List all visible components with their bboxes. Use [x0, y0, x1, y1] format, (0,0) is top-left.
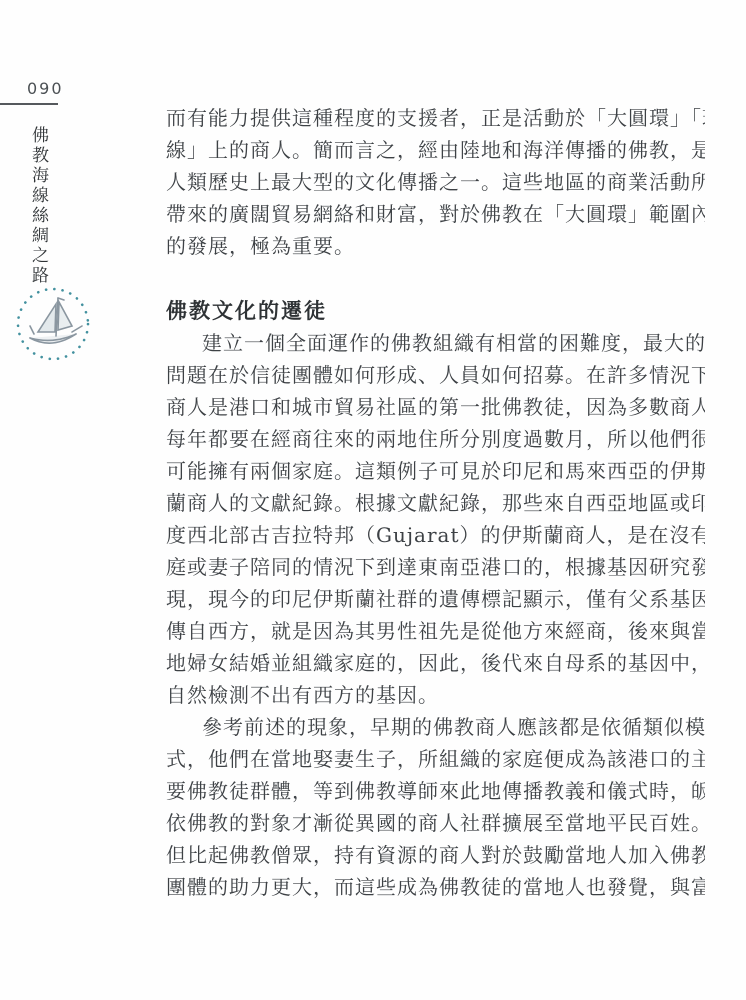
body-text-column: 而有能力提供這種程度的支援者，正是活動於「大圓環」「環 線」上的商人。簡而言之，…: [166, 102, 705, 903]
paragraph-line: 依佛教的對象才漸從異國的商人社群擴展至當地平民百姓。: [166, 807, 705, 839]
paragraph-line: 蘭商人的文獻紀錄。根據文獻紀錄，那些來自西亞地區或印: [166, 487, 705, 519]
paragraph-line: 線」上的商人。簡而言之，經由陸地和海洋傳播的佛教，是: [166, 134, 705, 166]
section-heading: 佛教文化的遷徒: [166, 295, 705, 327]
paragraph-line: 度西北部古吉拉特邦（Gujarat）的伊斯蘭商人，是在沒有家: [166, 519, 705, 551]
paragraph-line: 問題在於信徒團體如何形成、人員如何招募。在許多情況下，: [166, 359, 705, 391]
paragraph-line: 而有能力提供這種程度的支援者，正是活動於「大圓環」「環: [166, 102, 705, 134]
paragraph-line: 商人是港口和城市貿易社區的第一批佛教徒，因為多數商人: [166, 391, 705, 423]
ship-logo-icon: [12, 282, 94, 366]
paragraph-line: 團體的助力更大，而這些成為佛教徒的當地人也發覺，與富: [166, 871, 705, 903]
paragraph-line: 地婦女結婚並組織家庭的，因此，後代來自母系的基因中，: [166, 647, 705, 679]
paragraph-line: 傳自西方，就是因為其男性祖先是從他方來經商，後來與當: [166, 615, 705, 647]
sailboat-sketch: [30, 298, 82, 343]
paragraph-line: 式，他們在當地娶妻生子，所組織的家庭便成為該港口的主: [166, 743, 705, 775]
paragraph-line: 帶來的廣闊貿易網絡和財富，對於佛教在「大圓環」範圍內: [166, 198, 705, 230]
paragraph-line: 現，現今的印尼伊斯蘭社群的遺傳標記顯示，僅有父系基因: [166, 583, 705, 615]
paragraph-line: 參考前述的現象，早期的佛教商人應該都是依循類似模: [166, 711, 705, 743]
paragraph-line: 可能擁有兩個家庭。這類例子可見於印尼和馬來西亞的伊斯: [166, 455, 705, 487]
page-number: 090: [27, 79, 64, 98]
paragraph-line: 自然檢測不出有西方的基因。: [166, 679, 705, 711]
paragraph-line: 要佛教徒群體，等到佛教導師來此地傳播教義和儀式時，皈: [166, 775, 705, 807]
paragraph-line: 人類歷史上最大型的文化傳播之一。這些地區的商業活動所: [166, 166, 705, 198]
book-spine-title: 佛教海線絲綢之路: [26, 126, 51, 296]
paragraph-line: 庭或妻子陪同的情況下到達東南亞港口的，根據基因研究發: [166, 551, 705, 583]
paragraph-line: 的發展，極為重要。: [166, 230, 705, 262]
paragraph-line: 建立一個全面運作的佛教組織有相當的困難度，最大的: [166, 327, 705, 359]
page-number-rule: [0, 103, 58, 105]
paragraph-line: 每年都要在經商往來的兩地住所分別度過數月，所以他們很: [166, 423, 705, 455]
paragraph-line: 但比起佛教僧眾，持有資源的商人對於鼓勵當地人加入佛教: [166, 839, 705, 871]
book-page: 090 佛教海線絲綢之路 而有能力提供這種程度的支援者，正是活動於「大圓環」「環…: [0, 0, 746, 1000]
